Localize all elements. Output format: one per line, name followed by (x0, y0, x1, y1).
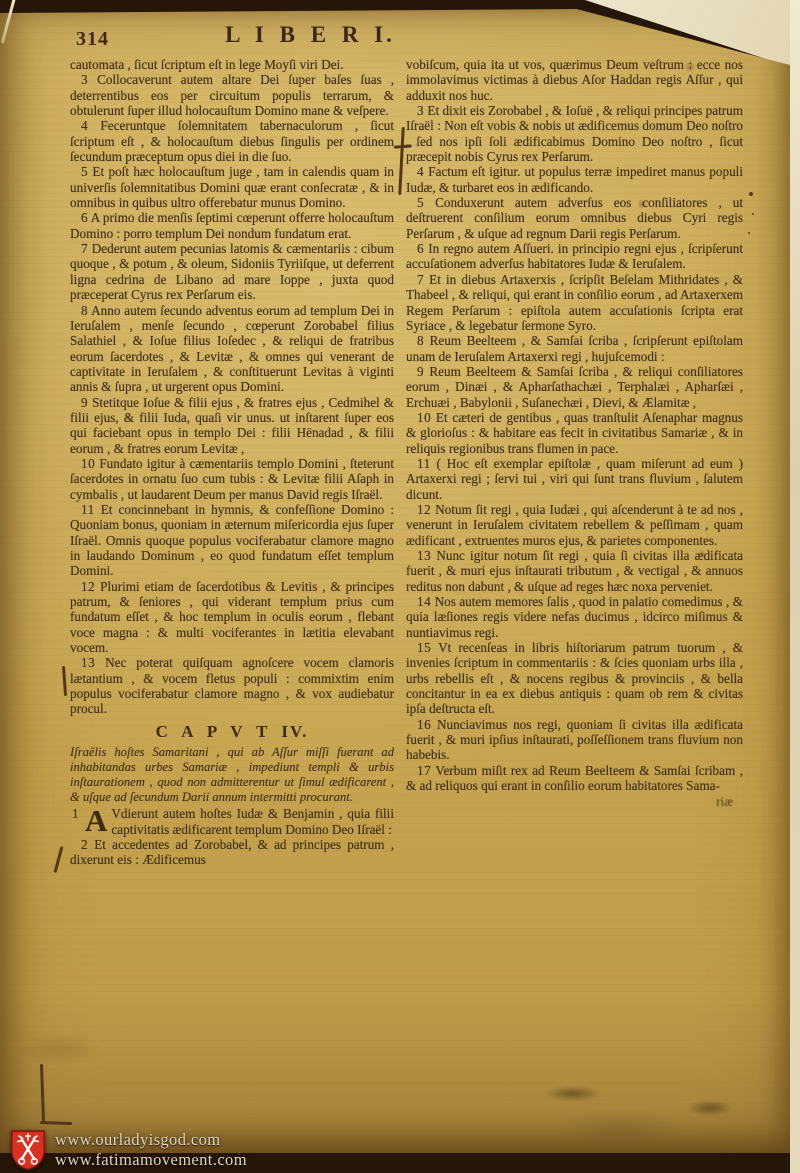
verse-paragraph: 13 Nec poterat quiſquam agnoſcere vocem … (70, 655, 394, 716)
watermark-urls: www.ourladyisgod.com www.fatimamovement.… (55, 1130, 247, 1170)
catchword: riæ (406, 794, 743, 809)
verse-number: 13 (417, 548, 431, 563)
verse-paragraph: 11 Et concinnebant in hymnis, & confeſſi… (70, 502, 394, 579)
verse-paragraph: 8 Reum Beelteem , & Samſai ſcriba , ſcri… (406, 333, 743, 364)
verse-number: 2 (81, 837, 88, 852)
verse-paragraph: 14 Nos autem memores ſalis , quod in pal… (406, 594, 743, 640)
book-page: 314 L I B E R I. cautomata , ſicut ſcrip… (0, 9, 790, 1153)
verse-number: 12 (81, 579, 95, 594)
verse-number: 7 (81, 241, 88, 256)
verse-number: 10 (417, 410, 431, 425)
verse-number: 14 (417, 594, 431, 609)
scanned-book-page: 314 L I B E R I. cautomata , ſicut ſcrip… (0, 0, 800, 1173)
verse-paragraph: 12 Notum ſit regi , quia Iudæi , qui aſc… (406, 502, 743, 548)
verse-paragraph: 3 Collocaverunt autem altare Dei ſuper b… (70, 72, 394, 118)
verse-number: 3 (81, 72, 88, 87)
chapter-argument: Iſraëlis hoſtes Samaritani , qui ab Aſſu… (70, 745, 394, 805)
papal-keys-crest-icon (10, 1129, 46, 1171)
verse-paragraph: 13 Nunc igitur notum ſit regi , quia ſi … (406, 548, 743, 594)
verse-number: 5 (417, 195, 424, 210)
verse-number: 11 (81, 502, 95, 517)
verse-number: 5 (81, 164, 88, 179)
verse-paragraph: 11 ( Hoc eſt exemplar epiſtolæ , quam mi… (406, 456, 743, 502)
verse-number: 12 (417, 502, 431, 517)
verse-paragraph: 2 Et accedentes ad Zorobabel, & ad princ… (70, 837, 394, 868)
verse-number: 11 (417, 456, 431, 471)
verse-paragraph: 12 Plurimi etiam de ſacerdotibus & Levit… (70, 579, 394, 656)
verse-number: 9 (81, 395, 88, 410)
verse-paragraph: 16 Nunciavimus nos regi, quoniam ſi civi… (406, 717, 743, 763)
verse-paragraph: 4 Factum eſt igitur. ut populus terræ im… (406, 164, 743, 195)
chapter-heading: C A P V T IV. (70, 722, 394, 742)
verse-number: 6 (81, 210, 88, 225)
watermark-url-1: www.ourladyisgod.com (55, 1130, 247, 1150)
verse-paragraph: A1Vdierunt autem hoſtes Iudæ & Benjamin … (70, 806, 394, 837)
verse-number: 17 (417, 763, 431, 778)
verse-number: 4 (417, 164, 424, 179)
verse-number: 15 (417, 640, 431, 655)
verse-paragraph: 4 Feceruntque ſolemnitatem tabernaculoru… (70, 118, 394, 164)
verse-number: 8 (417, 333, 424, 348)
watermark-url-2: www.fatimamovement.com (55, 1150, 247, 1170)
verse-number: 3 (417, 103, 424, 118)
running-header: 314 L I B E R I. (70, 19, 744, 57)
verse-paragraph: 7 Et in diebus Artaxerxis , ſcripſit Beſ… (406, 272, 743, 333)
verse-paragraph: 6 A primo die menſis ſeptimi cœperunt of… (70, 210, 394, 241)
verse-number: 7 (417, 272, 424, 287)
verse-number: 6 (417, 241, 424, 256)
verse-paragraph: 5 Conduxerunt autem adverſus eos conſili… (406, 195, 743, 241)
verse-paragraph: 5 Et poſt hæc holocauſtum juge , tam in … (70, 164, 394, 210)
book-title: L I B E R I. (70, 22, 550, 48)
verse-continuation: cautomata , ſicut ſcriptum eſt in lege M… (70, 57, 394, 72)
next-page-edge (790, 0, 800, 1173)
verse-paragraph: 7 Dederunt autem pecunias latomis & cæme… (70, 241, 394, 302)
verse-paragraph: 9 Stetitque Ioſue & filii ejus , & fratr… (70, 395, 394, 456)
left-column: cautomata , ſicut ſcriptum eſt in lege M… (70, 57, 394, 868)
verse-paragraph: 3 Et dixit eis Zorobabel , & Ioſuë , & r… (406, 103, 743, 164)
verse-paragraph: 8 Anno autem ſecundo adventus eorum ad t… (70, 303, 394, 395)
verse-number: 13 (81, 655, 95, 670)
verse-number: 4 (81, 118, 88, 133)
verse-paragraph: 10 Fundato igitur à cæmentariis templo D… (70, 456, 394, 502)
verse-paragraph: 10 Et cæteri de gentibus , quas tranſtul… (406, 410, 743, 456)
verse-paragraph: 6 In regno autem Aſſueri. in principio r… (406, 241, 743, 272)
verse-continuation: vobiſcum, quia ita ut vos, quærimus Deum… (406, 57, 743, 103)
verse-number: 1 (72, 806, 79, 821)
verse-paragraph: 17 Verbum miſit rex ad Reum Beelteem & S… (406, 763, 743, 794)
text-columns: cautomata , ſicut ſcriptum eſt in lege M… (70, 57, 744, 868)
right-column: vobiſcum, quia ita ut vos, quærimus Deum… (406, 57, 743, 868)
verse-number: 10 (81, 456, 95, 471)
verse-number: 8 (81, 303, 88, 318)
verse-paragraph: 9 Reum Beelteem & Samſai ſcriba , & reli… (406, 364, 743, 410)
watermark: www.ourladyisgod.com www.fatimamovement.… (10, 1129, 247, 1171)
verse-number: 9 (417, 364, 424, 379)
verse-paragraph: 15 Vt recenſeas in libris hiſtoriarum pa… (406, 640, 743, 717)
verse-number: 16 (417, 717, 431, 732)
